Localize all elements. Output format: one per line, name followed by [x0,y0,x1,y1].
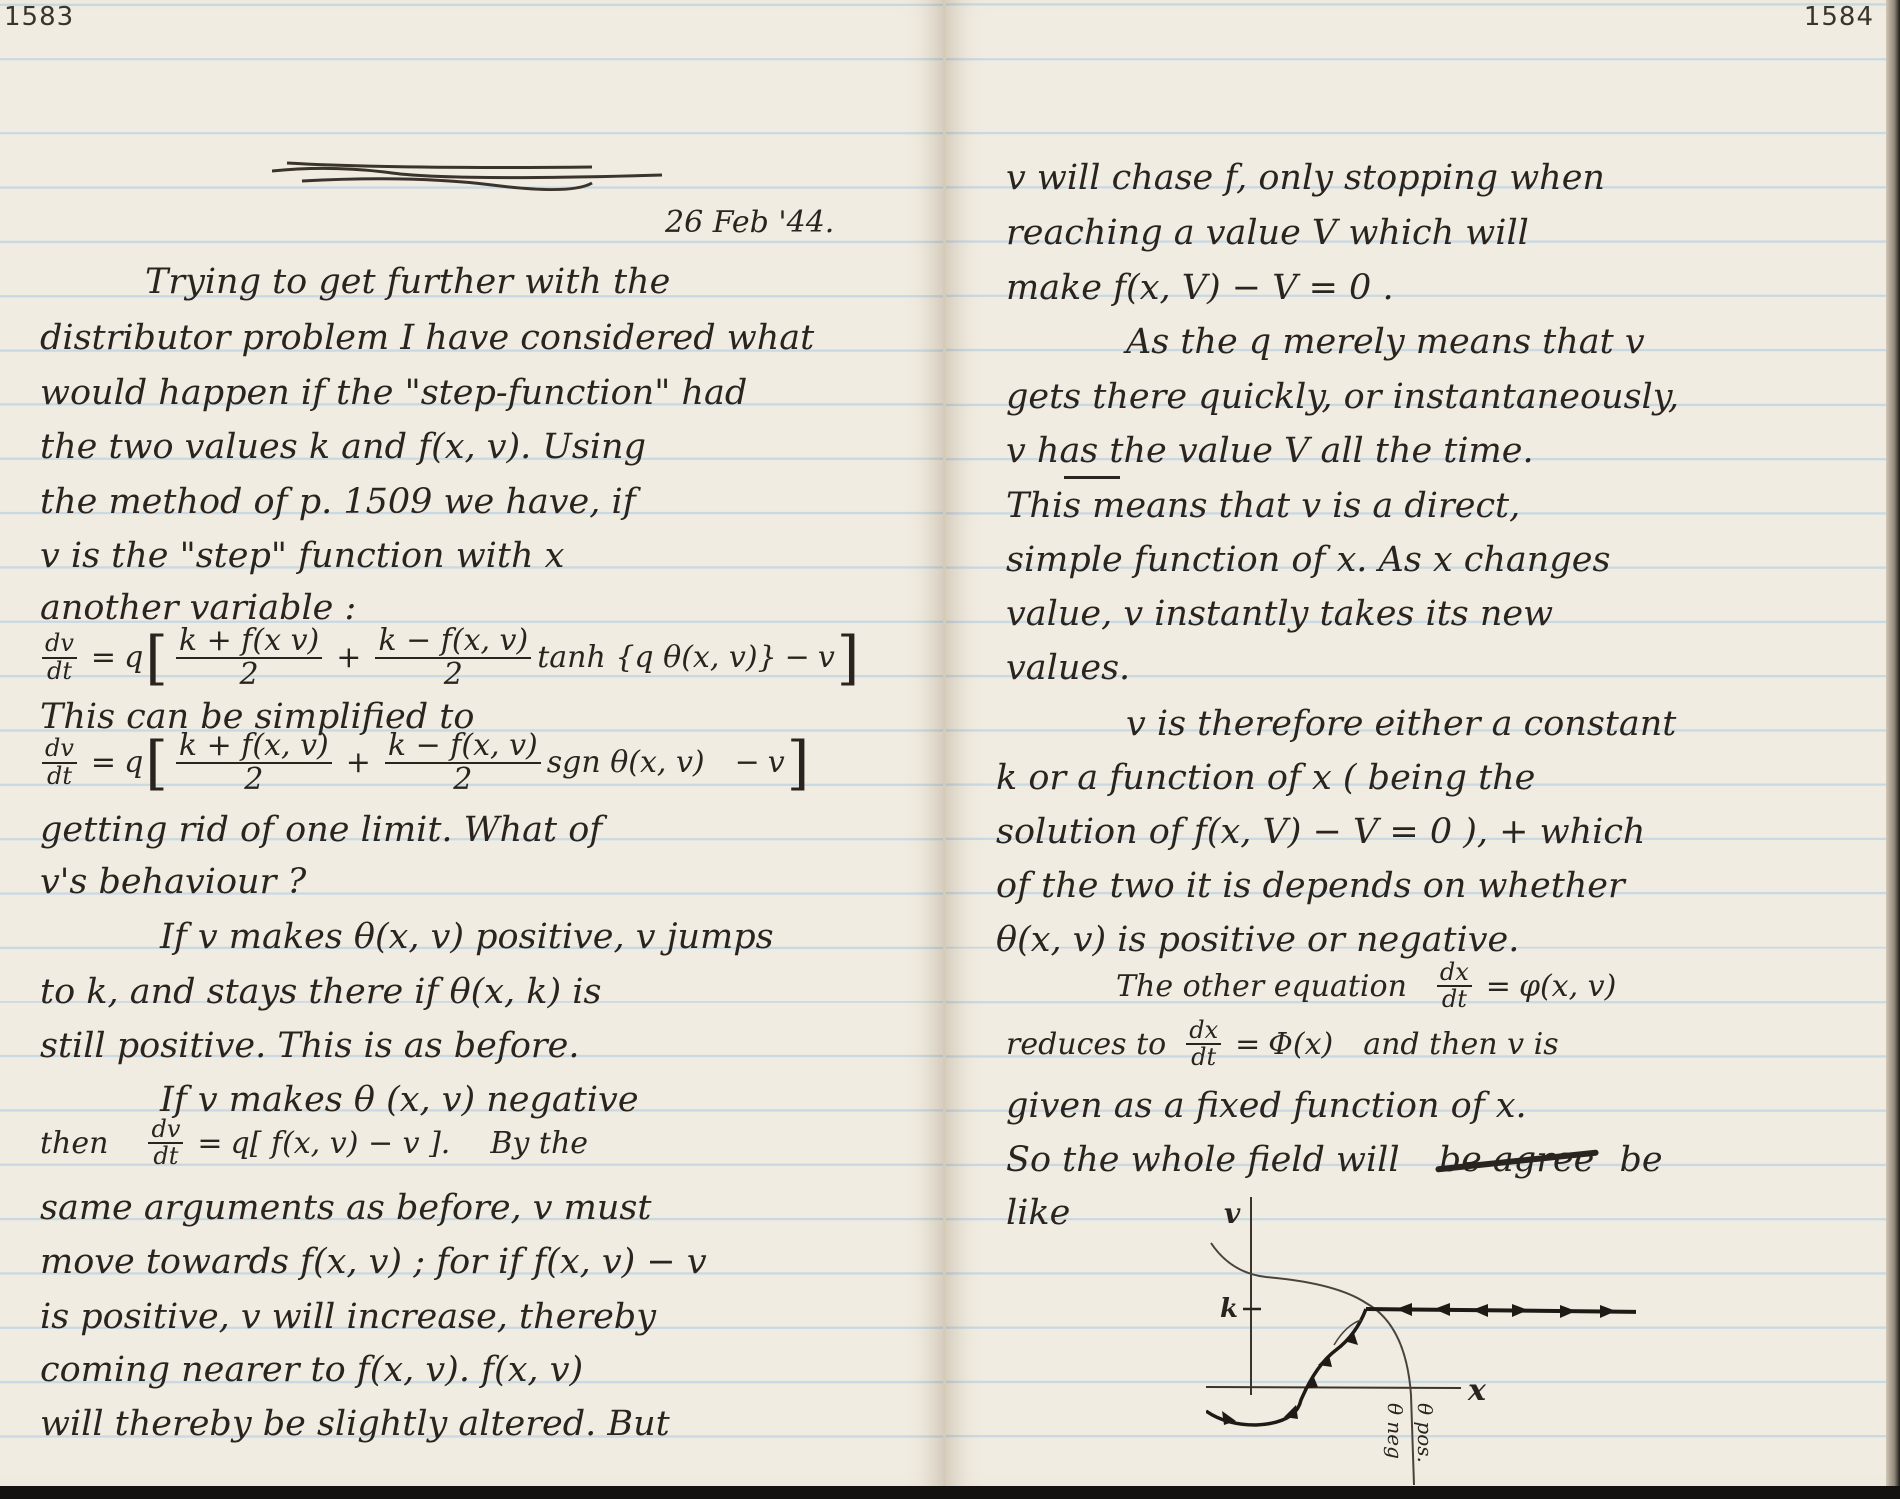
text-line: of the two it is depends on whether [996,866,1625,906]
text-line: values. [1006,648,1130,688]
text-line: v is therefore either a constant [1126,704,1676,744]
text-line: v has the value V all the time. [1006,431,1534,471]
k-tick-label: k [1220,1294,1238,1324]
notebook-spread: 1583 26 Feb '44. Trying to get further w… [0,0,1900,1486]
text-line: to k, and stays there if θ(x, k) is [40,972,601,1012]
text-line: make f(x, V) − V = 0 . [1006,268,1394,308]
right-page: 1584 v will chase f, only stopping when … [946,0,1886,1486]
text-line: This means that v is a direct, [1006,486,1520,526]
derivative-dv-dt: dv dt [42,631,77,683]
left-page: 1583 26 Feb '44. Trying to get further w… [0,0,944,1486]
close-bracket: ] [837,629,860,687]
page-number-left: 1583 [4,2,74,32]
text-line: move towards f(x, v) ; for if f(x, v) − … [40,1242,707,1282]
fraction-term1: k + f(x, v) 2 [176,730,332,795]
theta-neg-label: θ neg [1383,1403,1407,1459]
text-line: θ(x, v) is positive or negative. [996,920,1519,960]
equation-sgn: dv dt = q [ k + f(x, v) 2 + k − f(x, v) … [36,730,811,795]
text-line: still positive. This is as before. [40,1026,579,1066]
text-line: given as a fixed function of x. [1006,1086,1527,1126]
text-line: reaching a value V which will [1006,213,1529,253]
text-line: If v makes θ(x, v) positive, v jumps [160,917,774,957]
phase-field-diagram: v x k [1206,1185,1636,1485]
fraction-term2: k − f(x, v) 2 [385,730,541,795]
fraction-term1: k + f(x v) 2 [176,625,322,690]
text-line: k or a function of x ( being the [996,758,1535,798]
v-axis-label: v [1224,1197,1241,1230]
text-line: the method of p. 1509 we have, if [40,482,636,522]
text-line: coming nearer to f(x, v). f(x, v) [40,1350,583,1390]
text-line: is positive, v will increase, thereby [40,1297,656,1337]
x-axis-label: x [1467,1373,1487,1408]
derivative-dx-dt: dx dt [1437,960,1472,1012]
text-line: So the whole field will be agree be [1006,1140,1663,1180]
equation-negative-case: then dv dt = q[ f(x, v) − v ]. By the [40,1117,588,1169]
close-bracket: ] [787,734,810,792]
text-line: If v makes θ (x, v) negative [160,1080,639,1120]
page-edge [1886,0,1900,1486]
struck-out-words: be agree [1439,1140,1595,1180]
page-number-right: 1584 [1804,2,1874,32]
text-line: will thereby be slightly altered. But [40,1404,670,1444]
equation-dx-dt-phi: The other equation dx dt = φ(x, v) [1116,960,1616,1012]
text-line: Trying to get further with the [145,262,670,302]
underline-has [1064,476,1120,479]
equation-tanh: dv dt = q [ k + f(x v) 2 + k − f(x, v) 2… [36,625,861,690]
entry-date: 26 Feb '44. [665,205,834,240]
text-line: the two values k and f(x, v). Using [40,427,646,467]
text-line: v is the "step" function with x [40,536,564,576]
text-line: another variable : [40,588,356,628]
fraction-term2: k − f(x, v) 2 [375,625,531,690]
text-line: v's behaviour ? [40,862,306,902]
text-line: same arguments as before, v must [40,1188,651,1228]
derivative-dx-dt: dx dt [1186,1018,1221,1070]
text-line: getting rid of one limit. What of [40,810,602,850]
triple-rule-ornament [272,155,672,195]
open-bracket: [ [145,734,168,792]
text-line: simple function of x. As x changes [1006,540,1610,580]
background-band [0,1486,1900,1499]
text-line: solution of f(x, V) − V = 0 ), + which [996,812,1645,852]
derivative-dv-dt: dv dt [42,736,77,788]
text-line: As the q merely means that v [1126,322,1645,362]
approach-trajectory [1206,1309,1366,1425]
text-line: value, v instantly takes its new [1006,594,1553,634]
equation-dx-dt-Phi: reduces to dx dt = Φ(x) and then v is [1006,1018,1559,1070]
derivative-dv-dt: dv dt [148,1117,183,1169]
open-bracket: [ [145,629,168,687]
text-line: v will chase f, only stopping when [1006,158,1605,198]
text-line: gets there quickly, or instantaneously, [1006,377,1679,417]
x-axis [1206,1387,1461,1388]
theta-pos-label: θ pos. [1413,1403,1437,1463]
text-line: like [1006,1193,1070,1233]
text-line: would happen if the "step-function" had [40,373,747,413]
text-line: distributor problem I have considered wh… [40,318,814,358]
